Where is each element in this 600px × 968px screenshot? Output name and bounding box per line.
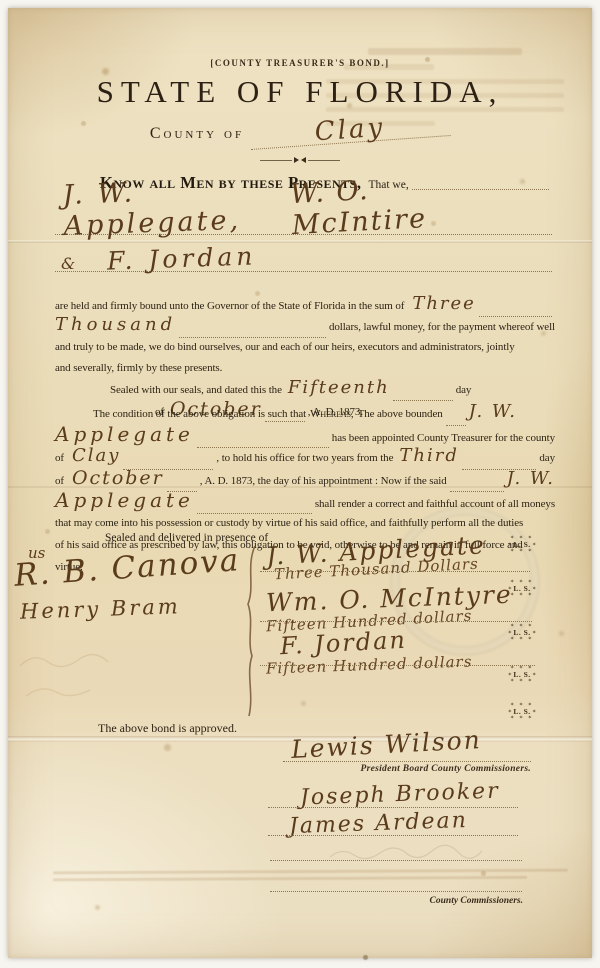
day-handwritten: Fifteenth bbox=[288, 383, 390, 393]
principal-name-jordan: F. Jordan bbox=[107, 241, 257, 275]
divider-ornament bbox=[8, 157, 592, 163]
principals-signature-line-1: J. W. Applegate, W. O. McIntire bbox=[55, 186, 552, 235]
seal-ornament: * * * bbox=[504, 593, 540, 598]
county-label: County of bbox=[150, 125, 244, 143]
condition-text: shall render a correct and faithful acco… bbox=[315, 498, 555, 510]
ornament-arrow-right-icon bbox=[294, 157, 299, 163]
body-line-3: and truly to be made, we do bind ourselv… bbox=[55, 341, 555, 362]
ornament-line-right bbox=[308, 160, 340, 161]
of-label: of bbox=[55, 475, 64, 487]
county-line: County of Clay bbox=[8, 118, 592, 143]
witness-signature-bram: Henry Bram bbox=[20, 594, 181, 624]
document-page: [COUNTY TREASURER'S BOND.] STATE OF FLOR… bbox=[8, 8, 592, 958]
ls-seal-mark: * * * *L. S.* * * * bbox=[504, 536, 540, 554]
document-title: STATE OF FLORIDA, bbox=[8, 74, 592, 110]
dotted-fill bbox=[479, 313, 552, 317]
day-label: day bbox=[456, 384, 472, 396]
dotted-fill bbox=[393, 397, 453, 401]
witness-signature-canova: R. B. Canova bbox=[13, 542, 241, 594]
scan-background: [COUNTY TREASURER'S BOND.] STATE OF FLOR… bbox=[0, 0, 600, 968]
appointee-initials-handwritten-2: J. W. bbox=[507, 474, 555, 484]
body-text: and truly to be made, we do bind ourselv… bbox=[55, 341, 515, 353]
condition-text: , to hold his office for two years from … bbox=[216, 452, 393, 464]
ls-seal-mark: * * * *L. S.* * * * bbox=[504, 580, 540, 598]
empty-signature-line bbox=[270, 859, 522, 861]
dotted-fill bbox=[450, 488, 504, 492]
seal-ornament: * * * bbox=[504, 679, 540, 684]
presence-label: Sealed and delivered in presence of bbox=[105, 532, 268, 544]
condition-line-2: Applegate has been appointed County Trea… bbox=[55, 429, 555, 451]
signature-line bbox=[260, 570, 530, 572]
body-text: are held and firmly bound unto the Gover… bbox=[55, 300, 404, 312]
sum-words-handwritten-2: Thousand bbox=[55, 320, 176, 330]
body-text: dollars, lawful money, for the payment w… bbox=[329, 321, 555, 333]
commissioners-label: County Commissioners. bbox=[305, 896, 523, 906]
body-text: and severally, firmly by these presents. bbox=[55, 362, 222, 374]
term-month-handwritten: October bbox=[72, 473, 164, 483]
day-label: day bbox=[539, 452, 555, 464]
dotted-fill bbox=[197, 444, 329, 448]
foxing-spots bbox=[8, 8, 11, 11]
signature-line bbox=[260, 620, 532, 622]
ls-seal-mark: * * * *L. S.* * * * bbox=[504, 624, 540, 642]
appointee-initials-handwritten: J. W. bbox=[469, 407, 517, 417]
dotted-fill bbox=[197, 510, 312, 514]
condition-text: has been appointed County Treasurer for … bbox=[332, 432, 555, 444]
principals-signature-line-2: & F. Jordan bbox=[55, 237, 552, 272]
bleed-through-text-bottom bbox=[53, 869, 568, 886]
principal-name-applegate: J. W. Applegate, bbox=[62, 172, 292, 242]
dotted-fill bbox=[179, 334, 326, 338]
seal-ornament: * * * bbox=[504, 549, 540, 554]
condition-text: that may come into his possession or cus… bbox=[55, 517, 523, 529]
president-title: President Board County Commissioners. bbox=[286, 764, 531, 774]
principal-name-mcintire: W. O. McIntire bbox=[290, 169, 490, 241]
seal-ornament: * * * bbox=[504, 716, 540, 721]
approval-statement: The above bond is approved. bbox=[98, 721, 237, 736]
condition-text: The above bounden bbox=[358, 408, 443, 420]
signature-line bbox=[283, 760, 531, 762]
dotted-fill bbox=[446, 422, 466, 426]
seal-ornament: * * * bbox=[504, 637, 540, 642]
empty-signature-line bbox=[270, 890, 522, 892]
ornament-line-left bbox=[260, 160, 292, 161]
signature-line bbox=[268, 806, 518, 808]
of-label: of bbox=[55, 452, 64, 464]
signature-line bbox=[268, 834, 518, 836]
body-line-2: Thousand dollars, lawful money, for the … bbox=[55, 320, 555, 341]
condition-line-5: Applegate shall render a correct and fai… bbox=[55, 495, 555, 517]
sum-words-handwritten-1: Three bbox=[412, 299, 476, 309]
form-type-label: [COUNTY TREASURER'S BOND.] bbox=[8, 58, 592, 68]
condition-text: The condition of the above obligation is… bbox=[93, 408, 306, 420]
bleed-through-writing-left bbox=[16, 648, 136, 718]
ls-seal-mark: * * * *L. S.* * * * bbox=[504, 666, 540, 684]
condition-text: , A. D. 1873, the day of his appointment… bbox=[200, 475, 447, 487]
ls-seal-mark: * * * *L. S.* * * * bbox=[504, 703, 540, 721]
ampersand-handwritten: & bbox=[61, 254, 75, 273]
ornament-arrow-left-icon bbox=[301, 157, 306, 163]
body-text: Sealed with our seals, and dated this th… bbox=[110, 384, 282, 396]
appointee-surname-handwritten: Applegate bbox=[55, 429, 194, 439]
handwritten-brace bbox=[242, 544, 258, 718]
whereas-label: Whereas, bbox=[310, 408, 353, 420]
county-handwritten: Clay bbox=[72, 451, 120, 461]
appointee-surname-handwritten-2: Applegate bbox=[55, 495, 194, 505]
term-day-handwritten: Third bbox=[399, 451, 458, 461]
president-signature: Lewis Wilson bbox=[290, 725, 482, 764]
signature-line bbox=[260, 664, 535, 666]
